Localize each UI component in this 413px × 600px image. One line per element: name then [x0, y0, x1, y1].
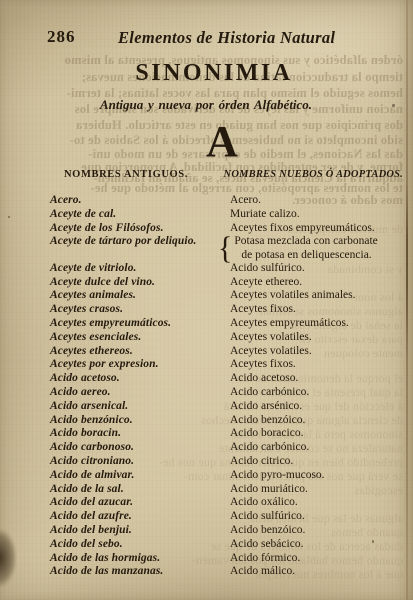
table-row: Acido boracin.Acido boracico. — [50, 427, 413, 441]
old-name: Acido del benjui. — [50, 524, 230, 538]
old-name: Aceytes ethereos. — [50, 345, 230, 359]
table-row: Acido del benjui.Acido benzóico. — [50, 524, 413, 538]
old-name: Acido boracin. — [50, 427, 230, 441]
table-row: Acido del sebo.Acido sebácico. — [50, 538, 413, 552]
new-name: Aceytes volatiles animales. — [230, 289, 413, 303]
column-headers: NOMBRES ANTIGUOS. NOMBRES NUEBOS Ó ADOPT… — [0, 169, 413, 180]
old-name: Aceytes esenciales. — [50, 331, 230, 345]
old-name: Acido de las hormigas. — [50, 552, 230, 566]
column-header-new-names: NOMBRES NUEBOS Ó ADOPTADOS. — [224, 169, 403, 180]
old-name: Acido arsenical. — [50, 400, 230, 414]
brace-glyph: { — [218, 235, 232, 262]
old-name: Acido aereo. — [50, 386, 230, 400]
old-name: Aceyte de los Filósofos. — [50, 222, 230, 236]
new-name-multiline: Potasa mezclada con carbonatede potasa e… — [234, 235, 377, 261]
old-name: Aceytes por expresion. — [50, 358, 230, 372]
new-name: Acido oxálico. — [230, 496, 413, 510]
old-name: Acido carbonoso. — [50, 441, 230, 455]
new-name: Acido arsénico. — [230, 400, 413, 414]
old-name: Acido citroniano. — [50, 455, 230, 469]
table-row: Acido aereo.Acido carbónico. — [50, 386, 413, 400]
new-name: Acido carbónico. — [230, 386, 413, 400]
page-number: 286 — [47, 27, 76, 47]
old-name: Aceytes empyreumáticos. — [50, 317, 230, 331]
table-row: Acido citroniano.Acido citrico. — [50, 455, 413, 469]
old-name: Acido acetoso. — [50, 372, 230, 386]
new-name: Acido sulfúrico. — [230, 510, 413, 524]
new-name: Acido muriático. — [230, 483, 413, 497]
table-row: Aceyte de tártaro por deliquio.{Potasa m… — [50, 235, 413, 261]
letter-heading: A — [22, 120, 413, 164]
ink-smudge — [0, 530, 16, 586]
running-title: Elementos de Historia Natural — [118, 28, 335, 48]
table-row: Acido de las hormigas.Acido fórmico. — [50, 552, 413, 566]
column-header-old-names: NOMBRES ANTIGUOS. — [64, 169, 188, 180]
old-name: Aceytes crasos. — [50, 303, 230, 317]
table-row: Acido de almivar.Acido pyro-mucoso. — [50, 469, 413, 483]
old-name: Acido del azucar. — [50, 496, 230, 510]
table-row: Acido de las manzanas.Acido málico. — [50, 565, 413, 579]
old-name: Aceyte dulce del vino. — [50, 276, 230, 290]
paper-speck — [8, 216, 10, 218]
old-name: Aceyte de tártaro por deliquio. — [50, 235, 230, 249]
new-name: Acido sulfúrico. — [230, 262, 413, 276]
old-name: Acido de las manzanas. — [50, 565, 230, 579]
new-name: Acido fórmico. — [230, 552, 413, 566]
old-name: Aceytes animales. — [50, 289, 230, 303]
new-name: Muriate calizo. — [230, 208, 413, 222]
table-row: Acido de la sal.Acido muriático. — [50, 483, 413, 497]
table-row: Aceytes por expresion.Aceytes fixos. — [50, 358, 413, 372]
new-name: Acido carbónico. — [230, 441, 413, 455]
new-name-line: Potasa mezclada con carbonate — [234, 235, 377, 247]
section-subtitle: Antigua y nueva por órden Alfabético. — [6, 97, 406, 113]
table-row: Aceytes crasos.Aceytes fixos. — [50, 303, 413, 317]
old-name: Acido del sebo. — [50, 538, 230, 552]
table-row: Aceytes esenciales.Aceytes volatiles. — [50, 331, 413, 345]
new-name: Aceytes fixos. — [230, 358, 413, 372]
table-row: Acido carbonoso.Acido carbónico. — [50, 441, 413, 455]
old-name: Aceyte de cal. — [50, 208, 230, 222]
new-name: Aceytes fixos. — [230, 303, 413, 317]
new-name: Aceytes volatiles. — [230, 345, 413, 359]
old-name: Acero. — [50, 194, 230, 208]
table-row: Acido del azufre.Acido sulfúrico. — [50, 510, 413, 524]
new-name: Aceytes fixos empyreumáticos. — [230, 222, 413, 236]
table-row: Aceytes empyreumáticos.Aceytes empyreumá… — [50, 317, 413, 331]
section-title: SINONIMIA — [14, 60, 413, 87]
book-page: órden alfabético y sus sinonomos antiguo… — [0, 0, 413, 600]
new-name: Aceytes empyreumáticos. — [230, 317, 413, 331]
table-row: Acido benzónico.Acido benzóico. — [50, 414, 413, 428]
new-name: Acido boracico. — [230, 427, 413, 441]
synonym-table: Acero.Acero.Aceyte de cal.Muriate calizo… — [0, 194, 413, 579]
old-name: Acido de almivar. — [50, 469, 230, 483]
table-row: Acido arsenical.Acido arsénico. — [50, 400, 413, 414]
table-row: Aceyte de cal.Muriate calizo. — [50, 208, 413, 222]
table-row: Acido acetoso.Acido acetoso. — [50, 372, 413, 386]
old-name: Aceyte de vitriolo. — [50, 262, 230, 276]
new-name: Acido benzóico. — [230, 414, 413, 428]
new-name: Aceytes volatiles. — [230, 331, 413, 345]
paper-speck — [392, 104, 395, 107]
old-name: Acido de la sal. — [50, 483, 230, 497]
page-header: 286 Elementos de Historia Natural — [0, 27, 413, 49]
new-name: {Potasa mezclada con carbonatede potasa … — [230, 235, 413, 261]
new-name: Acido sebácico. — [230, 538, 413, 552]
new-name: Acero. — [230, 194, 413, 208]
new-name: Acido citrico. — [230, 455, 413, 469]
old-name: Acido benzónico. — [50, 414, 230, 428]
page-content: 286 Elementos de Historia Natural SINONI… — [0, 0, 413, 600]
table-row: Aceytes ethereos.Aceytes volatiles. — [50, 345, 413, 359]
table-row: Aceytes animales.Aceytes volatiles anima… — [50, 289, 413, 303]
new-name-line: de potasa en deliquescencia. — [234, 249, 377, 262]
new-name: Acido acetoso. — [230, 372, 413, 386]
table-row: Aceyte dulce del vino.Aceyte ethereo. — [50, 276, 413, 290]
new-name: Acido benzóico. — [230, 524, 413, 538]
old-name: Acido del azufre. — [50, 510, 230, 524]
new-name: Acido pyro-mucoso. — [230, 469, 413, 483]
new-name: Aceyte ethereo. — [230, 276, 413, 290]
new-name: Acido málico. — [230, 565, 413, 579]
table-row: Acido del azucar.Acido oxálico. — [50, 496, 413, 510]
table-row: Acero.Acero. — [50, 194, 413, 208]
page-edge-crease — [406, 0, 409, 600]
paper-speck — [372, 540, 374, 543]
